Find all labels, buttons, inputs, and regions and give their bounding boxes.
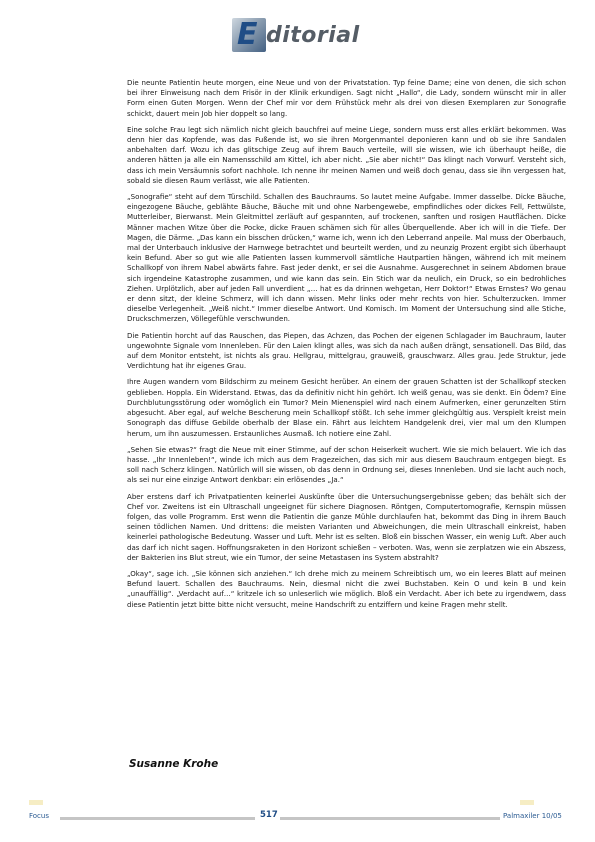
- paragraph: Ihre Augen wandern vom Bildschirm zu mei…: [127, 377, 566, 438]
- editorial-logo: E ditorial: [232, 18, 362, 52]
- author-byline: Susanne Krohe: [129, 758, 218, 770]
- footer-section-label: Focus: [29, 812, 49, 820]
- paragraph: „Sonografie“ steht auf dem Türschild. Sc…: [127, 192, 566, 325]
- page-number: 517: [260, 810, 278, 820]
- page-footer: Focus 517 Palmaxiler 10/05: [0, 810, 595, 826]
- paragraph: „Sehen Sie etwas?“ fragt die Neue mit ei…: [127, 445, 566, 486]
- paragraph: Aber erstens darf ich Privatpatienten ke…: [127, 492, 566, 563]
- logo-text: ditorial: [266, 21, 360, 51]
- paragraph: Die neunte Patientin heute morgen, eine …: [127, 78, 566, 119]
- footer-issue-label: Palmaxiler 10/05: [503, 812, 562, 820]
- paragraph: Eine solche Frau legt sich nämlich nicht…: [127, 125, 566, 186]
- footer-rule-right: [280, 817, 500, 820]
- paragraph: „Okay“, sage ich. „Sie können sich anzie…: [127, 569, 566, 610]
- article-body: Die neunte Patientin heute morgen, eine …: [127, 78, 566, 616]
- footer-accent-left: [29, 800, 43, 805]
- logo-initial: E: [237, 18, 258, 52]
- paragraph: Die Patientin horcht auf das Rauschen, d…: [127, 331, 566, 372]
- footer-accent-right: [520, 800, 534, 805]
- footer-rule-left: [60, 817, 255, 820]
